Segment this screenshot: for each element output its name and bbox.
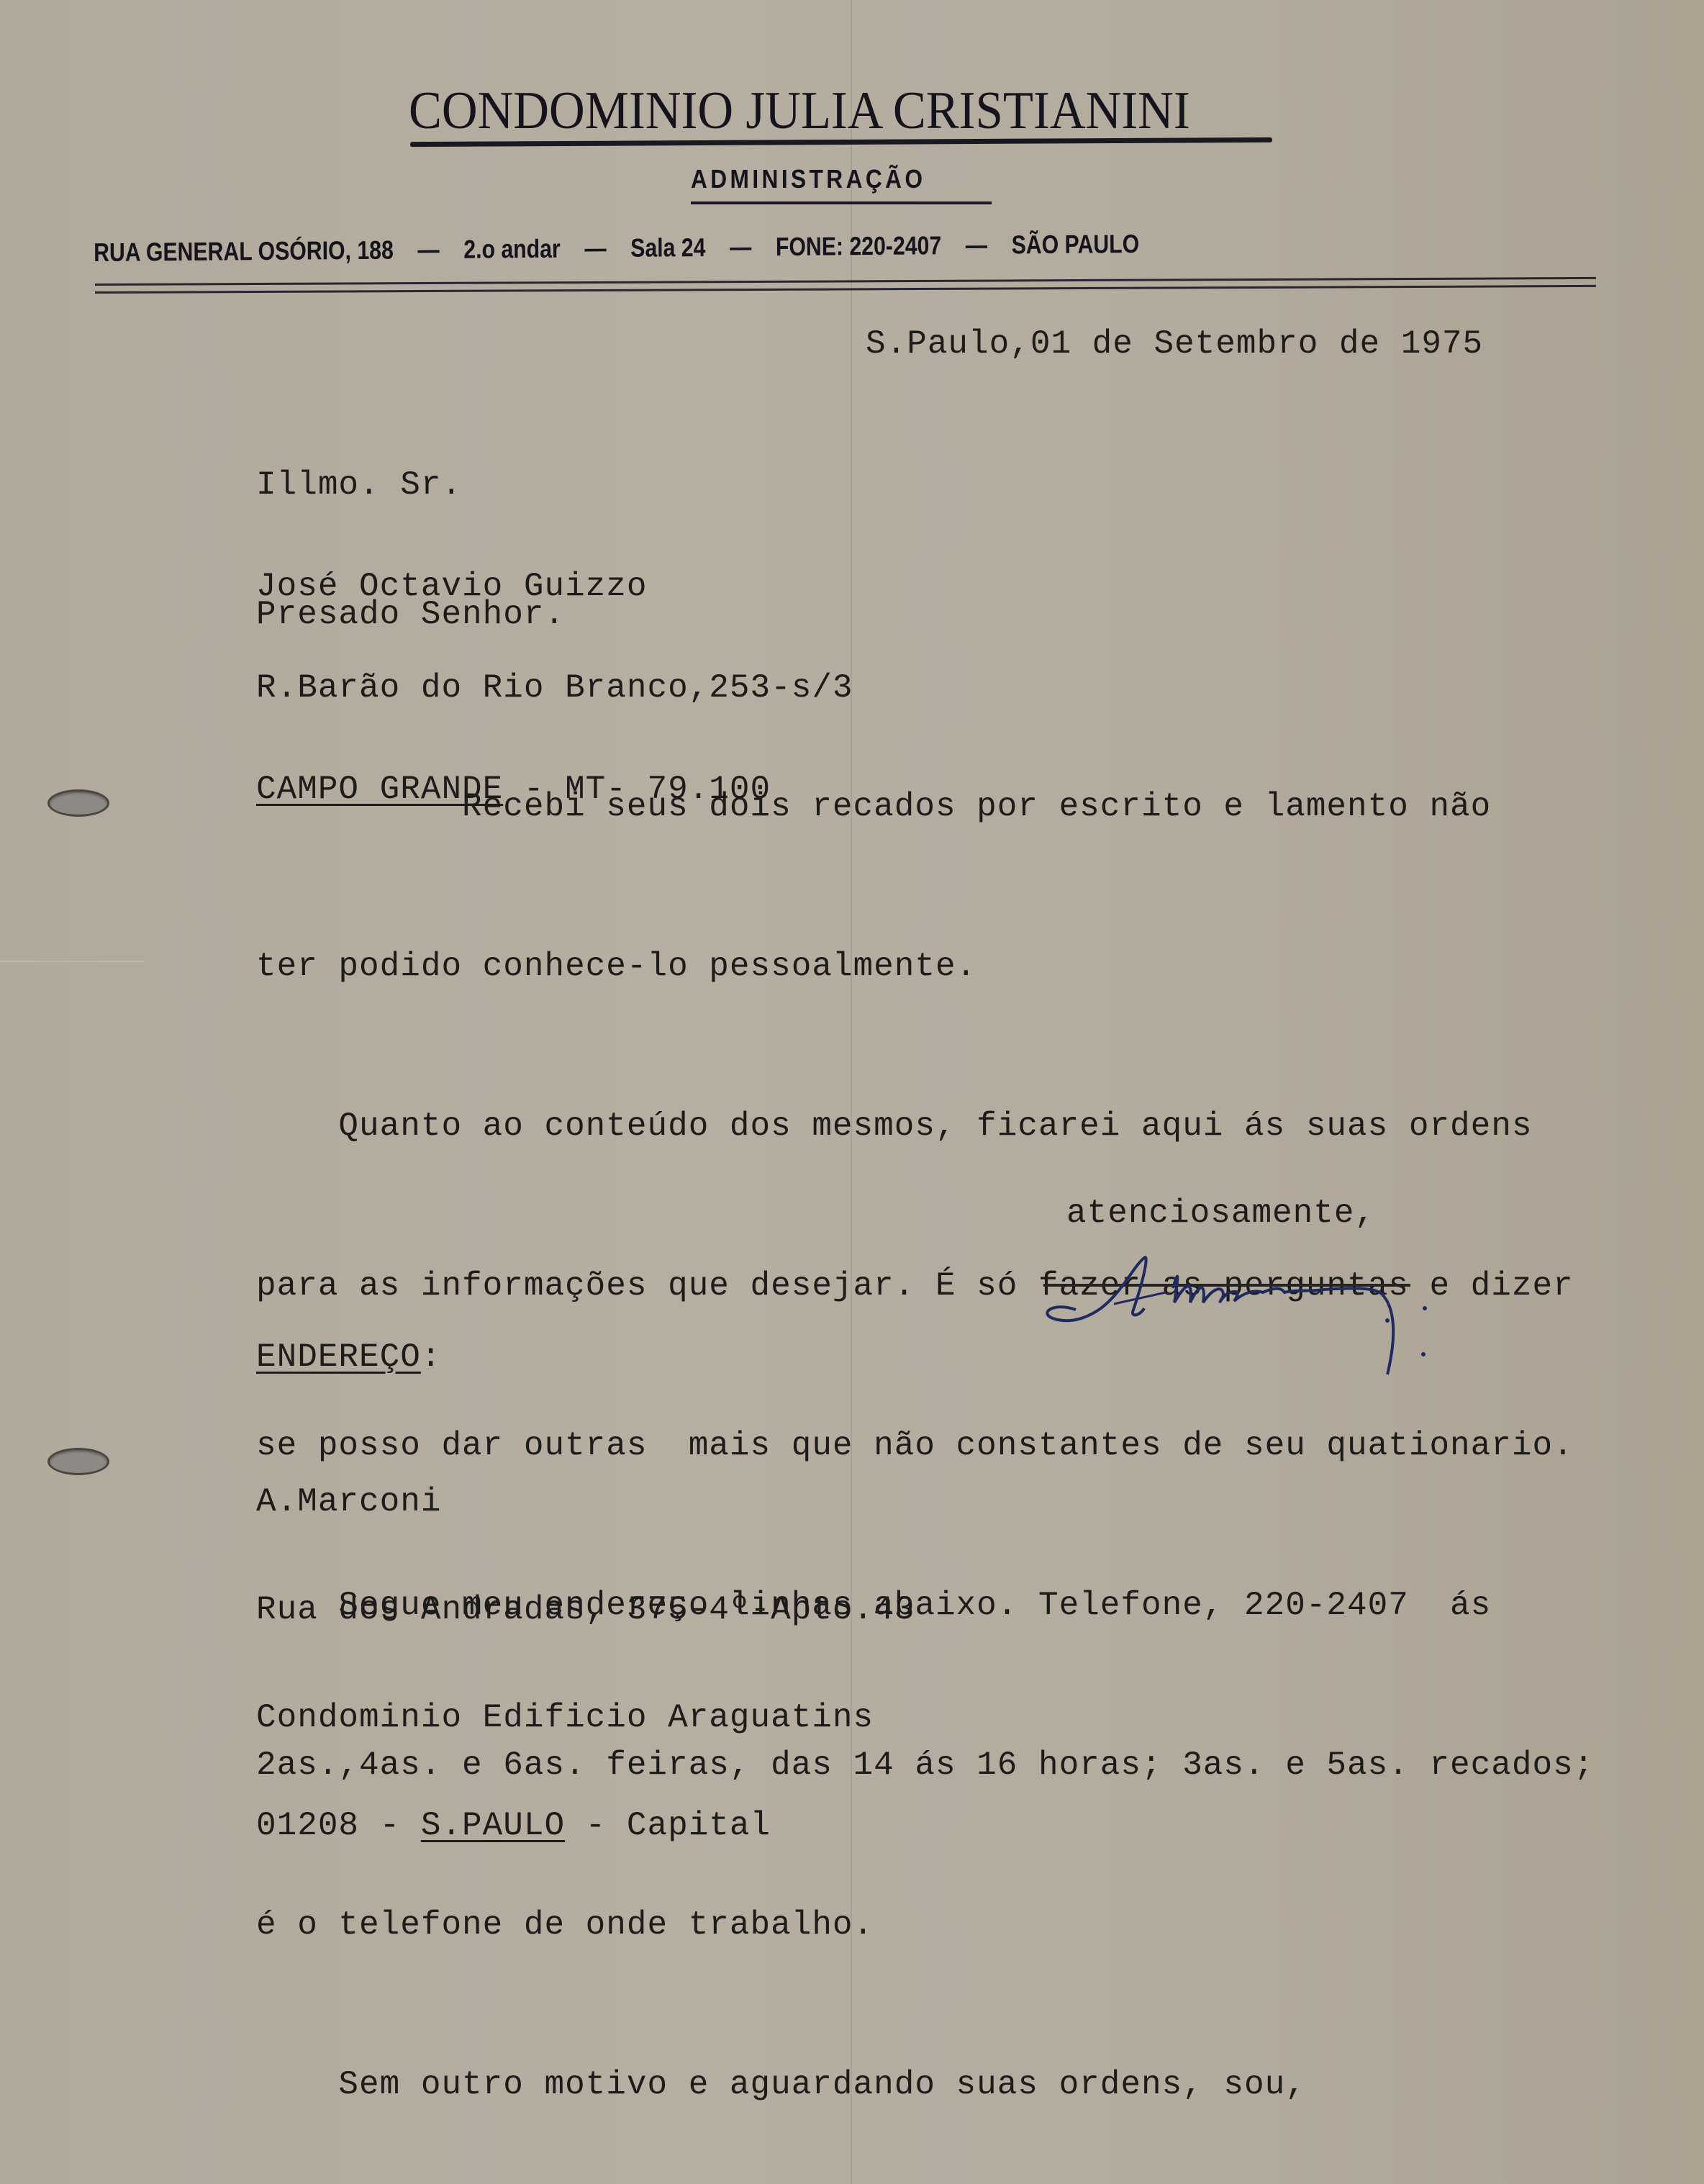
handwritten-signature xyxy=(1007,1223,1511,1396)
body-line: é o telefone de onde trabalho. xyxy=(256,1898,1594,1952)
separator: — xyxy=(417,235,439,264)
label-colon: : xyxy=(421,1338,442,1376)
body-line: Recebi seus dois recados por escrito e l… xyxy=(256,780,1594,833)
sender-city-line: 01208 - S.PAULO - Capital xyxy=(256,1808,915,1844)
punch-hole-top xyxy=(47,789,109,817)
salutation: Presado Senhor. xyxy=(256,596,565,633)
address-phone: FONE: 220-2407 xyxy=(776,230,942,261)
address-city: SÃO PAULO xyxy=(1012,229,1140,259)
address-floor: 2.o andar xyxy=(463,234,561,264)
separator: — xyxy=(584,233,606,263)
address-room: Sala 24 xyxy=(630,232,705,263)
sender-address-block: A.Marconi Rua dos Andradas, 375-4º-Apto.… xyxy=(256,1412,915,1880)
recipient-honorific: Illmo. Sr. xyxy=(256,468,853,502)
paper-crease xyxy=(0,961,144,962)
letterhead-title: CONDOMINIO JULIA CRISTIANINI xyxy=(409,81,1212,142)
sender-address-label-line: ENDEREÇO: xyxy=(256,1338,441,1376)
body-line: Sem outro motivo e aguardando suas orden… xyxy=(256,2058,1594,2111)
letterhead-rule xyxy=(95,285,1596,294)
body-line: Quanto ao conteúdo dos mesmos, ficarei a… xyxy=(256,1100,1594,1153)
letterhead-rule xyxy=(95,277,1596,286)
separator: — xyxy=(730,232,751,261)
sender-building: Condominio Edificio Araguatins xyxy=(256,1700,915,1736)
date-line: S.Paulo,01 de Setembro de 1975 xyxy=(866,325,1483,363)
body-line: ter podido conhece-lo pessoalmente. xyxy=(256,940,1594,993)
sender-cep: 01208 - xyxy=(256,1807,421,1844)
sender-city-suffix: - Capital xyxy=(565,1807,771,1844)
sender-street: Rua dos Andradas, 375-4º-Apto.43 xyxy=(256,1592,915,1628)
punch-hole-bottom xyxy=(47,1448,109,1475)
sender-address-label: ENDEREÇO xyxy=(256,1338,421,1376)
sender-name: A.Marconi xyxy=(256,1484,915,1520)
separator: — xyxy=(966,230,987,260)
address-street: RUA GENERAL OSÓRIO, 188 xyxy=(94,235,394,267)
subtitle-underline xyxy=(691,201,992,204)
letterhead-subtitle: ADMINISTRAÇÃO xyxy=(691,164,925,194)
sender-city: S.PAULO xyxy=(421,1807,565,1844)
letterhead-address: RUA GENERAL OSÓRIO, 188 — 2.o andar — Sa… xyxy=(94,227,1363,268)
